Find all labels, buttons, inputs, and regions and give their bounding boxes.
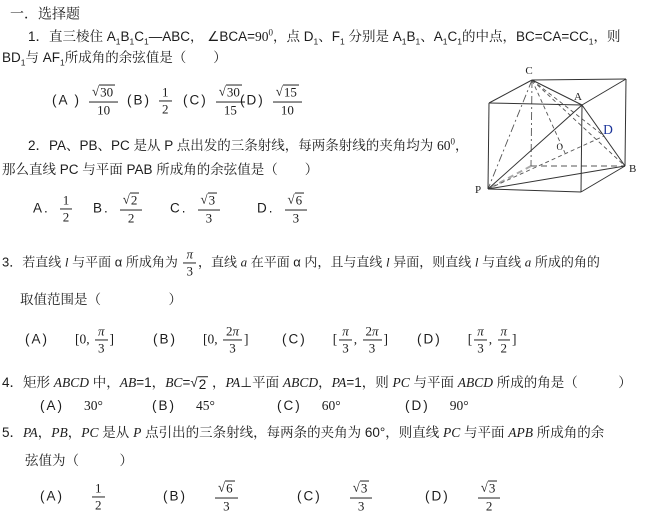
q3-option-d: (D)[π3, π2] xyxy=(417,324,517,355)
figure-label-o: O xyxy=(557,142,564,152)
cube-edge xyxy=(488,189,581,192)
figure-label-c: C xyxy=(525,65,532,77)
q2-option-d: D.√63 xyxy=(257,193,309,226)
q5-option-c: (C)√33 xyxy=(297,481,374,514)
q2-option-a: A.12 xyxy=(33,193,74,224)
q4-line-1: 4．矩形 ABCD 中，AB=1，BC=√2 ，PA⊥平面 ABCD，PA=1，… xyxy=(2,375,632,393)
figure-label-a: A xyxy=(574,91,582,103)
q3-option-a: (A)[0, π3] xyxy=(25,324,114,355)
cube-edge xyxy=(489,103,582,105)
q1-option-a: (A )√3010 xyxy=(52,85,120,118)
segment-pd xyxy=(488,136,604,189)
q1-option-b: (B)12 xyxy=(127,85,174,116)
q5-line-1: 5．PA，PB，PC 是从 P 点引出的三条射线，每两条的夹角为 60°，则直线… xyxy=(2,425,604,441)
q3-option-b: (B)[0, 2π3] xyxy=(153,324,249,355)
cube-edge xyxy=(581,105,582,192)
q5-line-2: 弦值为（ ） xyxy=(25,453,133,469)
q3-line-1: 3．若直线 l 与平面 α 所成角为 π3，直线 a 在平面 α 内，且与直线 … xyxy=(2,247,600,278)
figure-label-d: D xyxy=(603,122,613,137)
q4-option-a: (A)30° xyxy=(40,398,103,414)
q2-option-c: C.√33 xyxy=(170,193,222,226)
q3-option-c: (C)[π3, 2π3] xyxy=(282,324,388,355)
q1-line-1: 1．直三棱住 A1B1C1—ABC， ∠BCA=900，点 D1、F1 分别是 … xyxy=(28,29,620,45)
q4-option-b: (B)45° xyxy=(152,398,215,414)
worksheet-page: 一．选择题 1．直三棱住 A1B1C1—ABC， ∠BCA=900，点 D1、F… xyxy=(0,0,659,523)
q2-line-1: 2．PA、PB、PC 是从 P 点出发的三条射线，每两条射线的夹角均为 600， xyxy=(28,138,469,154)
cube-edge xyxy=(489,80,532,103)
q1-option-c: (C)√3015 xyxy=(183,85,247,118)
cube-edge xyxy=(582,79,626,105)
figure-label-b: B xyxy=(629,163,636,175)
q1-line-2: BD1与 AF1所成角的余弦值是（ ） xyxy=(2,50,227,66)
hidden-edge-ch xyxy=(531,80,532,166)
edge-cp xyxy=(488,80,532,189)
q5-option-d: (D)√32 xyxy=(425,481,502,514)
edge-pa xyxy=(488,105,582,189)
q3-line-2: 取值范围是（ ） xyxy=(20,292,182,308)
q2-line-2: 那么直线 PC 与平面 PAB 所成角的余弦值是（ ） xyxy=(2,162,318,178)
q1-option-d: (D)√1510 xyxy=(240,85,304,118)
q4-option-d: (D)90° xyxy=(405,398,469,414)
q5-option-a: (A)12 xyxy=(40,481,107,512)
segment-cd xyxy=(532,80,604,136)
cube-tetrahedron-figure: C A B P D O xyxy=(474,58,658,208)
cube-edge xyxy=(532,79,626,80)
section-title: 一．选择题 xyxy=(10,6,80,23)
q4-option-c: (C)60° xyxy=(277,398,341,414)
cube-edge xyxy=(488,103,489,189)
cube-edge xyxy=(625,79,626,166)
figure-label-p: P xyxy=(475,184,481,196)
q5-option-b: (B)√63 xyxy=(163,481,240,514)
q2-option-b: B.√22 xyxy=(93,193,144,226)
